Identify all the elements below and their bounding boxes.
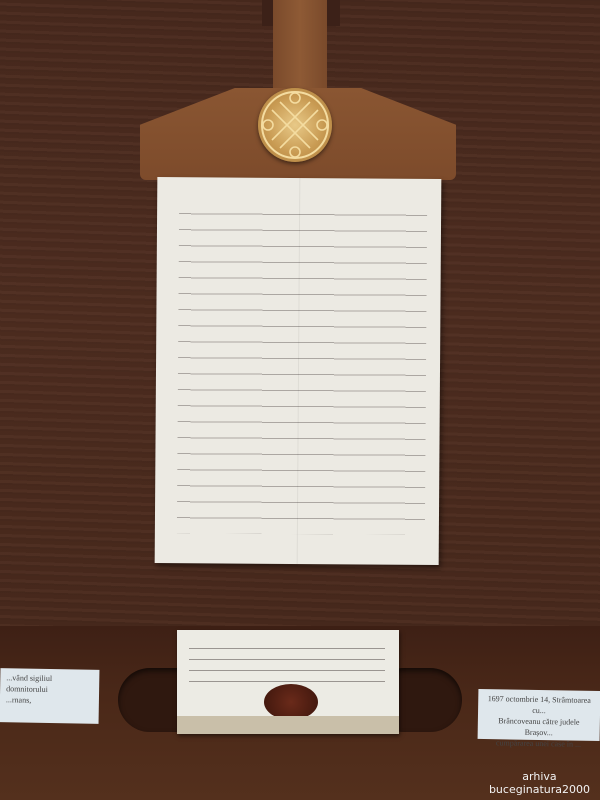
sealed-envelope — [177, 630, 399, 734]
label-text: 1697 octombrie 14, Strâmtoarea cu... — [484, 693, 594, 717]
handwriting — [177, 201, 427, 535]
wax-seal-icon — [264, 684, 318, 720]
envelope-handwriting — [189, 640, 385, 682]
exhibit-label-left: ...vând sigiliul domnitorului ...rnans, — [0, 668, 99, 724]
watermark-line: arhiva — [489, 770, 590, 783]
stand-post — [273, 0, 327, 100]
ornament-medallion-icon — [258, 88, 332, 162]
label-text: Brâncoveanu către judele Brașov... — [484, 715, 594, 739]
watermark: arhiva buceginatura2000 — [489, 770, 590, 796]
watermark-line: buceginatura2000 — [489, 783, 590, 796]
exhibit-label-right: 1697 octombrie 14, Strâmtoarea cu... Brâ… — [478, 689, 600, 741]
label-text: ...rnans, — [6, 694, 93, 707]
handwritten-letter — [155, 177, 442, 565]
envelope-fold — [177, 716, 399, 734]
label-text: ...vând sigiliul domnitorului — [6, 672, 93, 696]
label-text: cumpărarea unei case în ... — [483, 737, 593, 750]
